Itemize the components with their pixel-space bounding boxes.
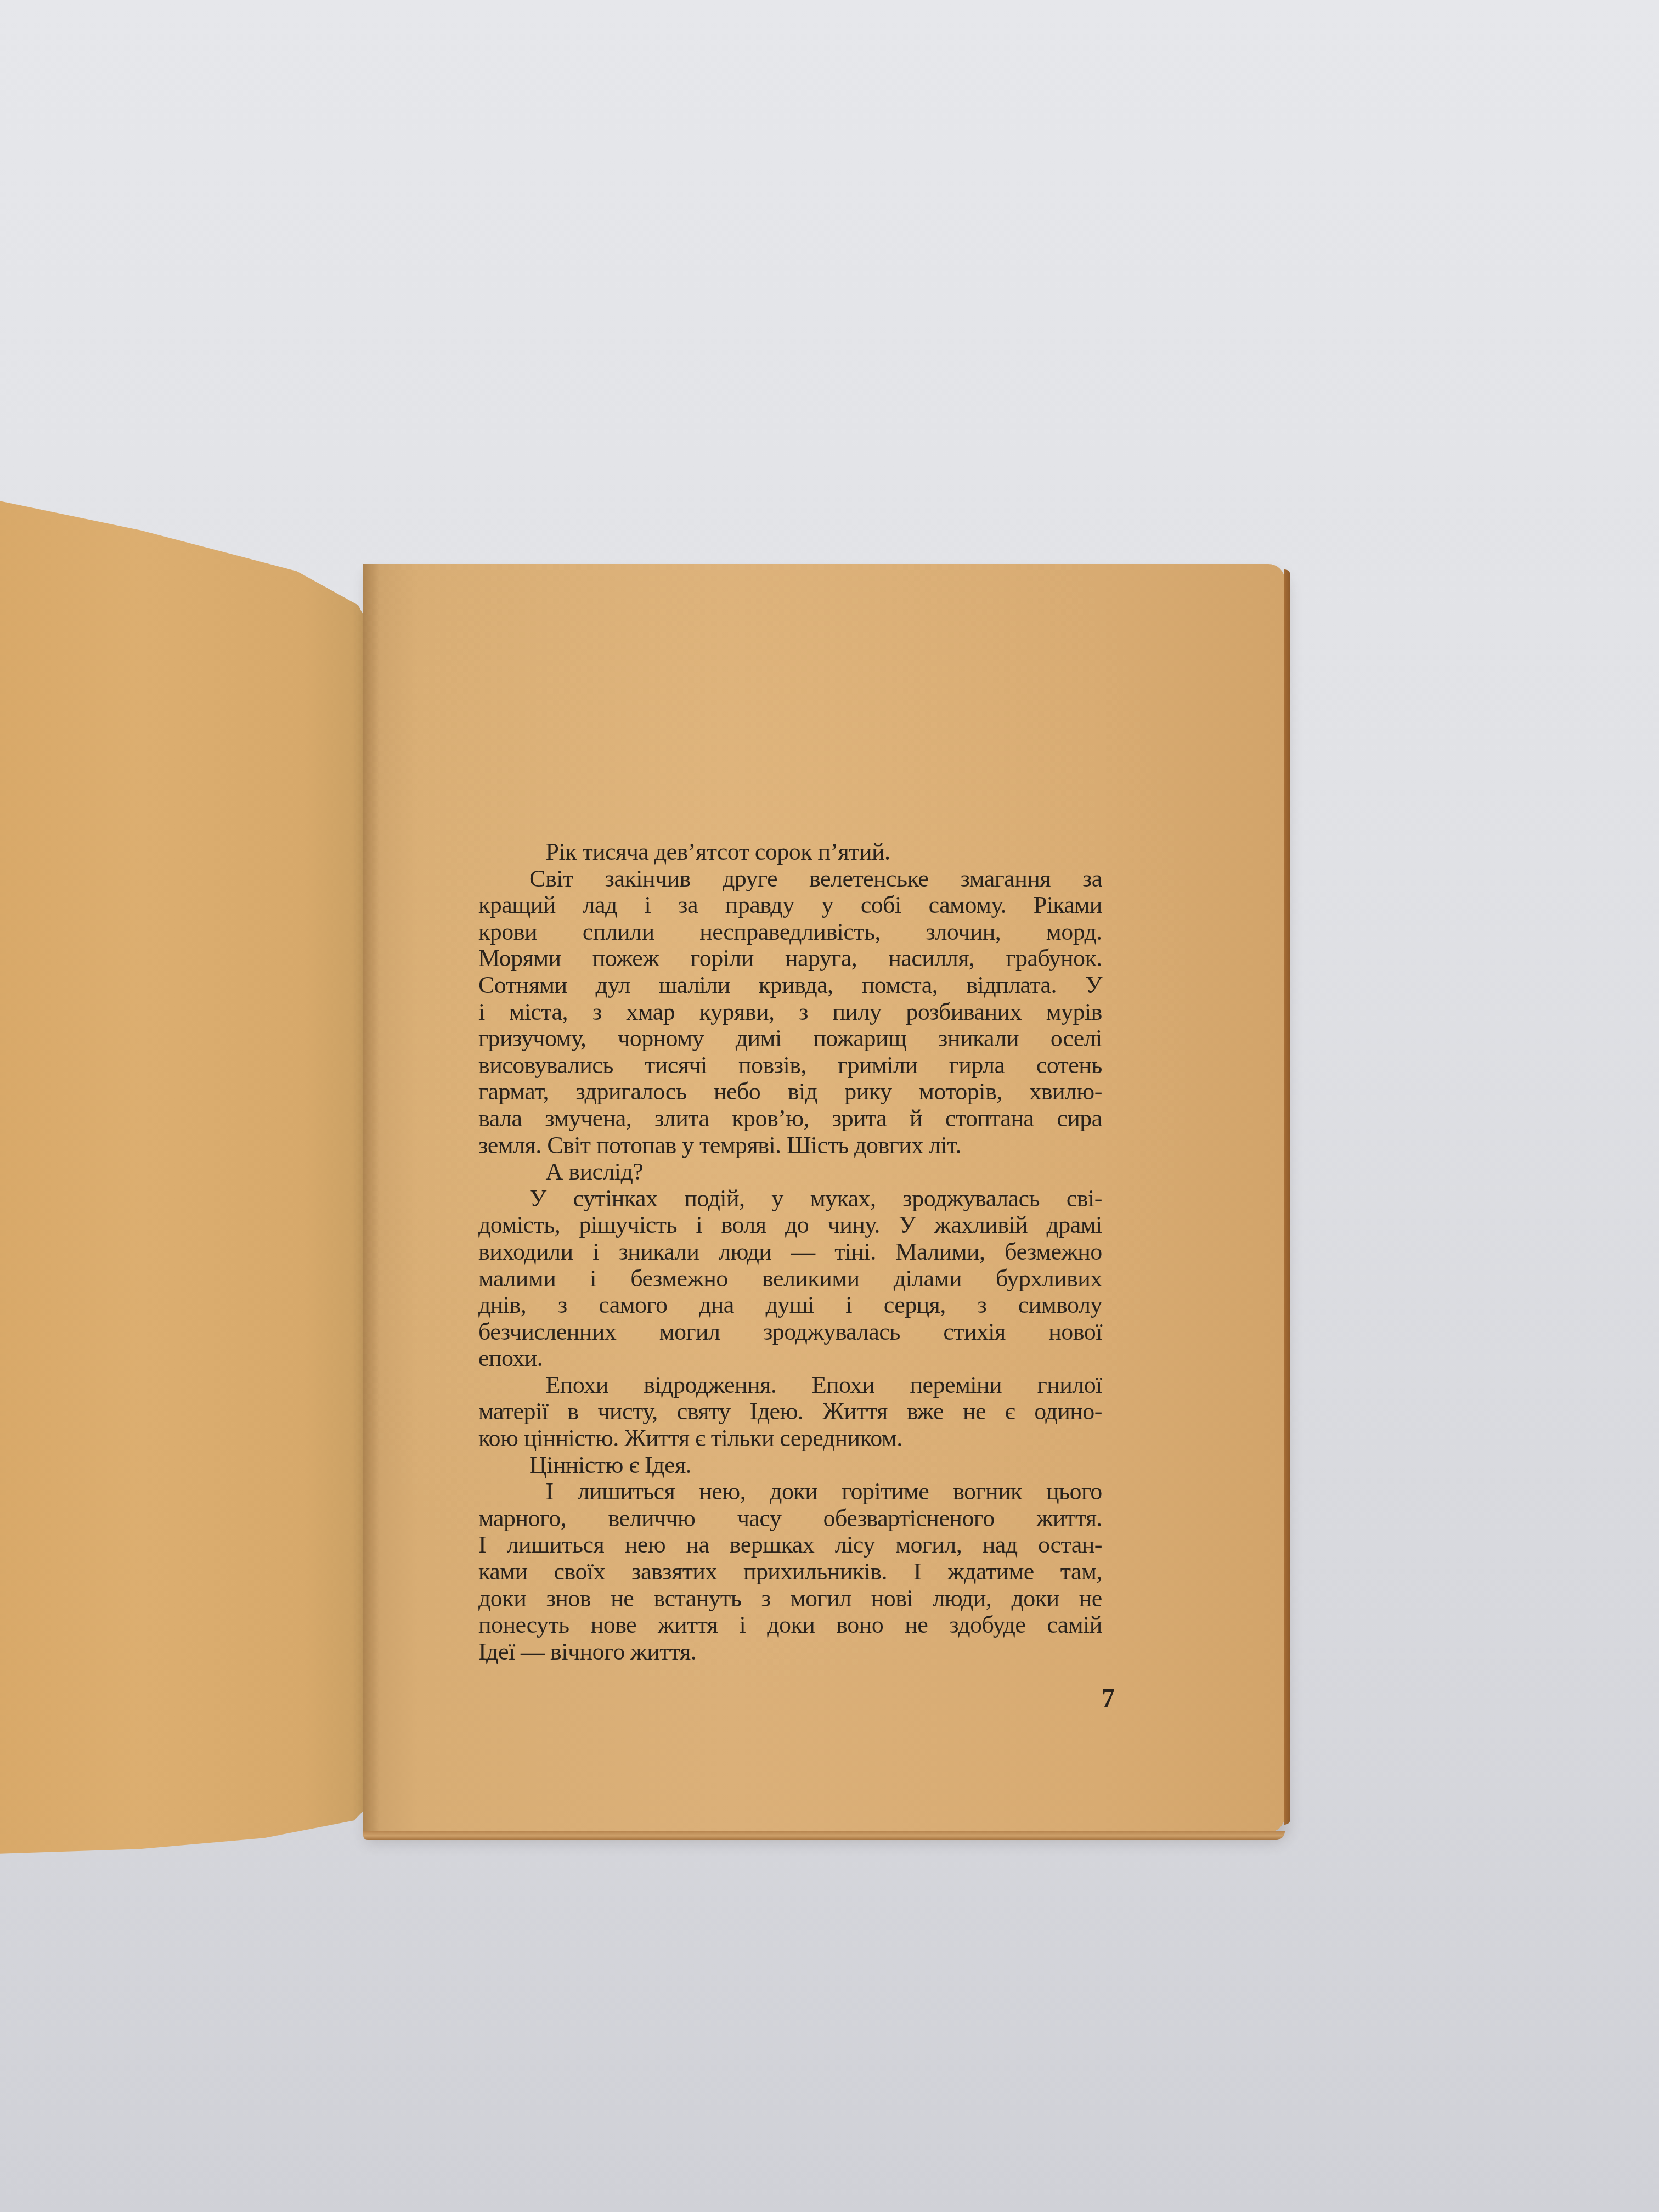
text-line: ками своїх завзятих прихильників. І ждат…: [478, 1558, 1102, 1585]
text-line: понесуть нове життя і доки воно не здобу…: [478, 1611, 1102, 1638]
page-spine-shadow: [363, 564, 380, 1832]
text-line: Ідеї — вічного життя.: [478, 1638, 1102, 1665]
text-line: і міста, з хмар куряви, з пилу розбивани…: [478, 998, 1102, 1025]
text-line: кою цінністю. Життя є тільки середником.: [478, 1425, 1102, 1452]
text-line: домість, рішучість і воля до чину. У жах…: [478, 1211, 1102, 1238]
text-line: Морями пожеж горіли наруга, насилля, гра…: [478, 945, 1102, 972]
text-line: малими і безмежно великими ділами бурхли…: [478, 1265, 1102, 1292]
text-line: Цінністю є Ідея.: [478, 1452, 1102, 1479]
text-line: безчисленних могил зроджувалась стихія н…: [478, 1318, 1102, 1345]
text-line: земля. Світ потопав у темряві. Шість дов…: [478, 1132, 1102, 1159]
text-line: матерії в чисту, святу Ідею. Життя вже н…: [478, 1398, 1102, 1425]
text-line: висовувались тисячі повзів, гриміли гирл…: [478, 1052, 1102, 1079]
left-page: [0, 496, 387, 1854]
page-stack-edge-right: [1284, 569, 1290, 1825]
text-line: вала змучена, злита кров’ю, зрита й стоп…: [478, 1105, 1102, 1132]
text-line: Рік тисяча дев’ятсот сорок п’ятий.: [478, 838, 1102, 865]
photo-scene: Рік тисяча дев’ятсот сорок п’ятий. Світ …: [0, 0, 1659, 2212]
page-number: 7: [1102, 1683, 1115, 1713]
text-line: У сутінках подій, у муках, зроджувалась …: [478, 1185, 1102, 1212]
text-line: днів, з самого дна душі і серця, з симво…: [478, 1291, 1102, 1318]
text-line: гармат, здригалось небо від рику моторів…: [478, 1078, 1102, 1105]
text-line: кращий лад і за правду у собі самому. Рі…: [478, 891, 1102, 918]
page-text: Рік тисяча дев’ятсот сорок п’ятий. Світ …: [478, 838, 1102, 1664]
text-line: І лишиться нею, доки горітиме вогник цьо…: [478, 1478, 1102, 1505]
text-line: Сотнями дул шаліли кривда, помста, відпл…: [478, 972, 1102, 998]
text-line: І лишиться нею на вершках лісу могил, на…: [478, 1531, 1102, 1558]
page-stack-edge-bottom: [363, 1831, 1285, 1840]
text-line: гризучому, чорному димі пожарищ зникали …: [478, 1025, 1102, 1052]
text-line: епохи.: [478, 1345, 1102, 1372]
text-line: Епохи відродження. Епохи переміни гнилої: [478, 1372, 1102, 1398]
text-line: марного, величчю часу обезвартісненого ж…: [478, 1505, 1102, 1532]
text-line: виходили і зникали люди — тіні. Малими, …: [478, 1238, 1102, 1265]
text-line: А вислід?: [478, 1158, 1102, 1185]
text-line: доки знов не встануть з могил нові люди,…: [478, 1585, 1102, 1612]
text-line: Світ закінчив друге велетенське змагання…: [478, 865, 1102, 892]
text-line: крови сплили несправедливість, злочин, м…: [478, 918, 1102, 945]
